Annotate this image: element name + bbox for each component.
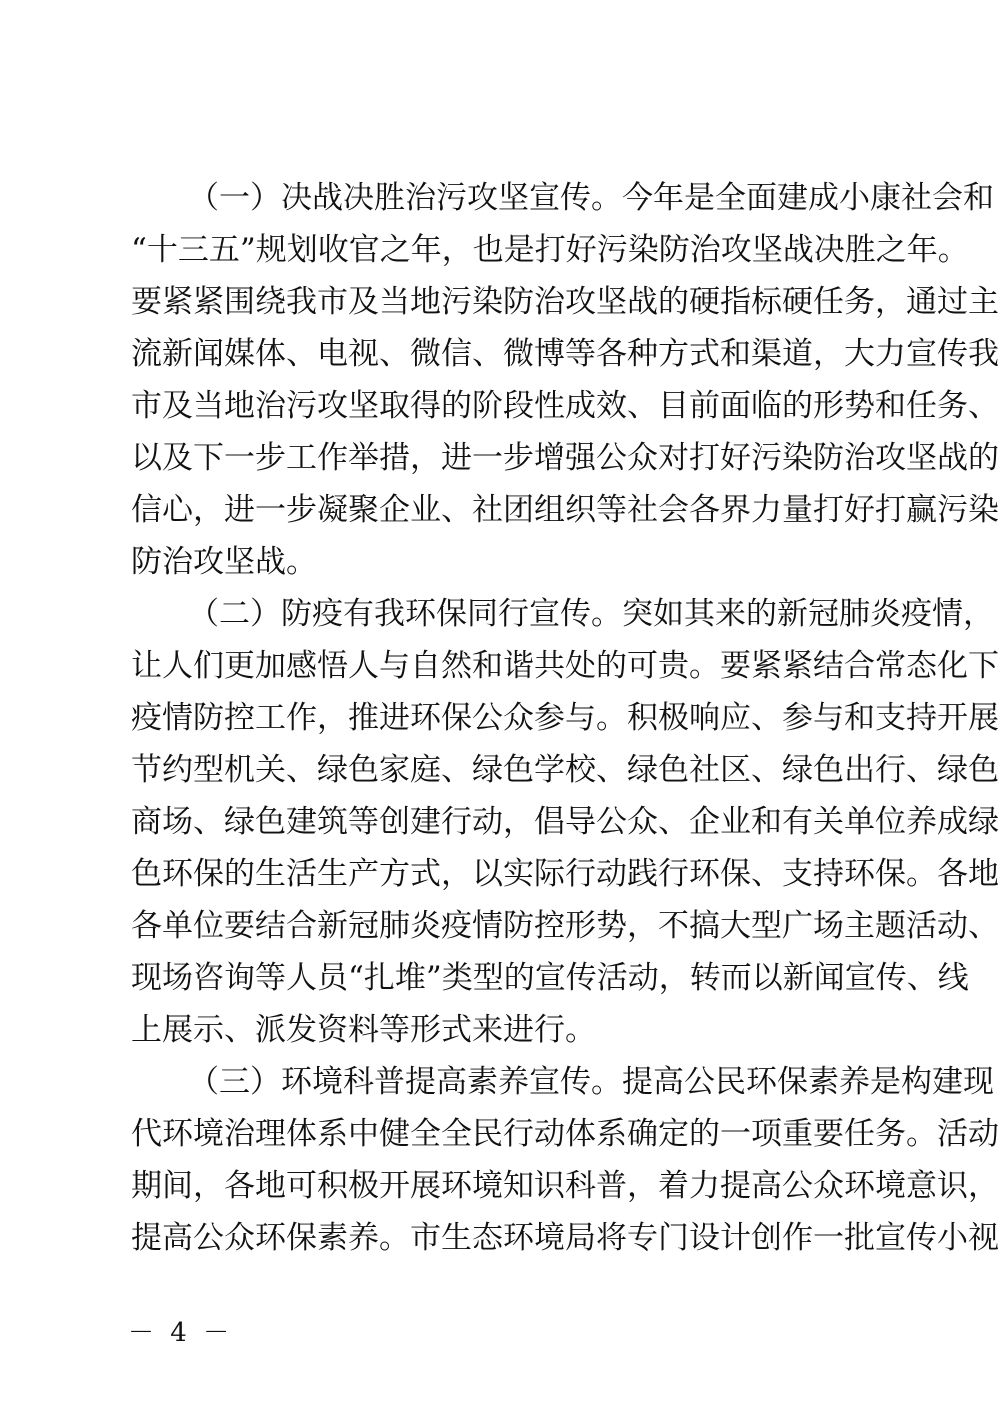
document-page: （一）决战决胜治污攻坚宣传。今年是全面建成小康社会和 “十三五”规划收官之年，也… [0,0,1000,1414]
paragraph-1-line-4: 流新闻媒体、电视、微信、微博等各种方式和渠道，大力宣传我 [131,334,871,374]
paragraph-1-line-5: 市及当地治污攻坚取得的阶段性成效、目前面临的形势和任务、 [131,386,871,426]
paragraph-1-line-6: 以及下一步工作举措，进一步增强公众对打好污染防治攻坚战的 [131,438,871,478]
paragraph-2-line-1: （二）防疫有我环保同行宣传。突如其来的新冠肺炎疫情， [188,594,871,634]
page-number: － 4 － [128,1312,233,1349]
paragraph-2-line-6: 色环保的生活生产方式，以实际行动践行环保、支持环保。各地、 [131,854,871,894]
paragraph-3-line-4: 提高公众环保素养。市生态环境局将专门设计创作一批宣传小视 [131,1218,871,1258]
paragraph-2-line-2: 让人们更加感悟人与自然和谐共处的可贵。要紧紧结合常态化下 [131,646,871,686]
paragraph-3-line-2: 代环境治理体系中健全全民行动体系确定的一项重要任务。活动 [131,1114,871,1154]
paragraph-3-line-1: （三）环境科普提高素养宣传。提高公民环保素养是构建现 [188,1062,871,1102]
paragraph-1-line-7: 信心，进一步凝聚企业、社团组织等社会各界力量打好打赢污染 [131,490,871,530]
paragraph-2-line-8: 现场咨询等人员“扎堆”类型的宣传活动，转而以新闻宣传、线 [131,958,871,998]
paragraph-2-line-9: 上展示、派发资料等形式来进行。 [131,1010,871,1050]
paragraph-2-line-7: 各单位要结合新冠肺炎疫情防控形势，不搞大型广场主题活动、 [131,906,871,946]
paragraph-1-line-8: 防治攻坚战。 [131,542,871,582]
paragraph-2-line-4: 节约型机关、绿色家庭、绿色学校、绿色社区、绿色出行、绿色 [131,750,871,790]
paragraph-2-line-3: 疫情防控工作，推进环保公众参与。积极响应、参与和支持开展 [131,698,871,738]
paragraph-2-line-5: 商场、绿色建筑等创建行动，倡导公众、企业和有关单位养成绿 [131,802,871,842]
paragraph-1-line-1: （一）决战决胜治污攻坚宣传。今年是全面建成小康社会和 [188,178,871,218]
paragraph-1-line-3: 要紧紧围绕我市及当地污染防治攻坚战的硬指标硬任务，通过主 [131,282,871,322]
paragraph-3-line-3: 期间，各地可积极开展环境知识科普，着力提高公众环境意识， [131,1166,871,1206]
paragraph-1-line-2: “十三五”规划收官之年，也是打好污染防治攻坚战决胜之年。 [131,230,871,270]
